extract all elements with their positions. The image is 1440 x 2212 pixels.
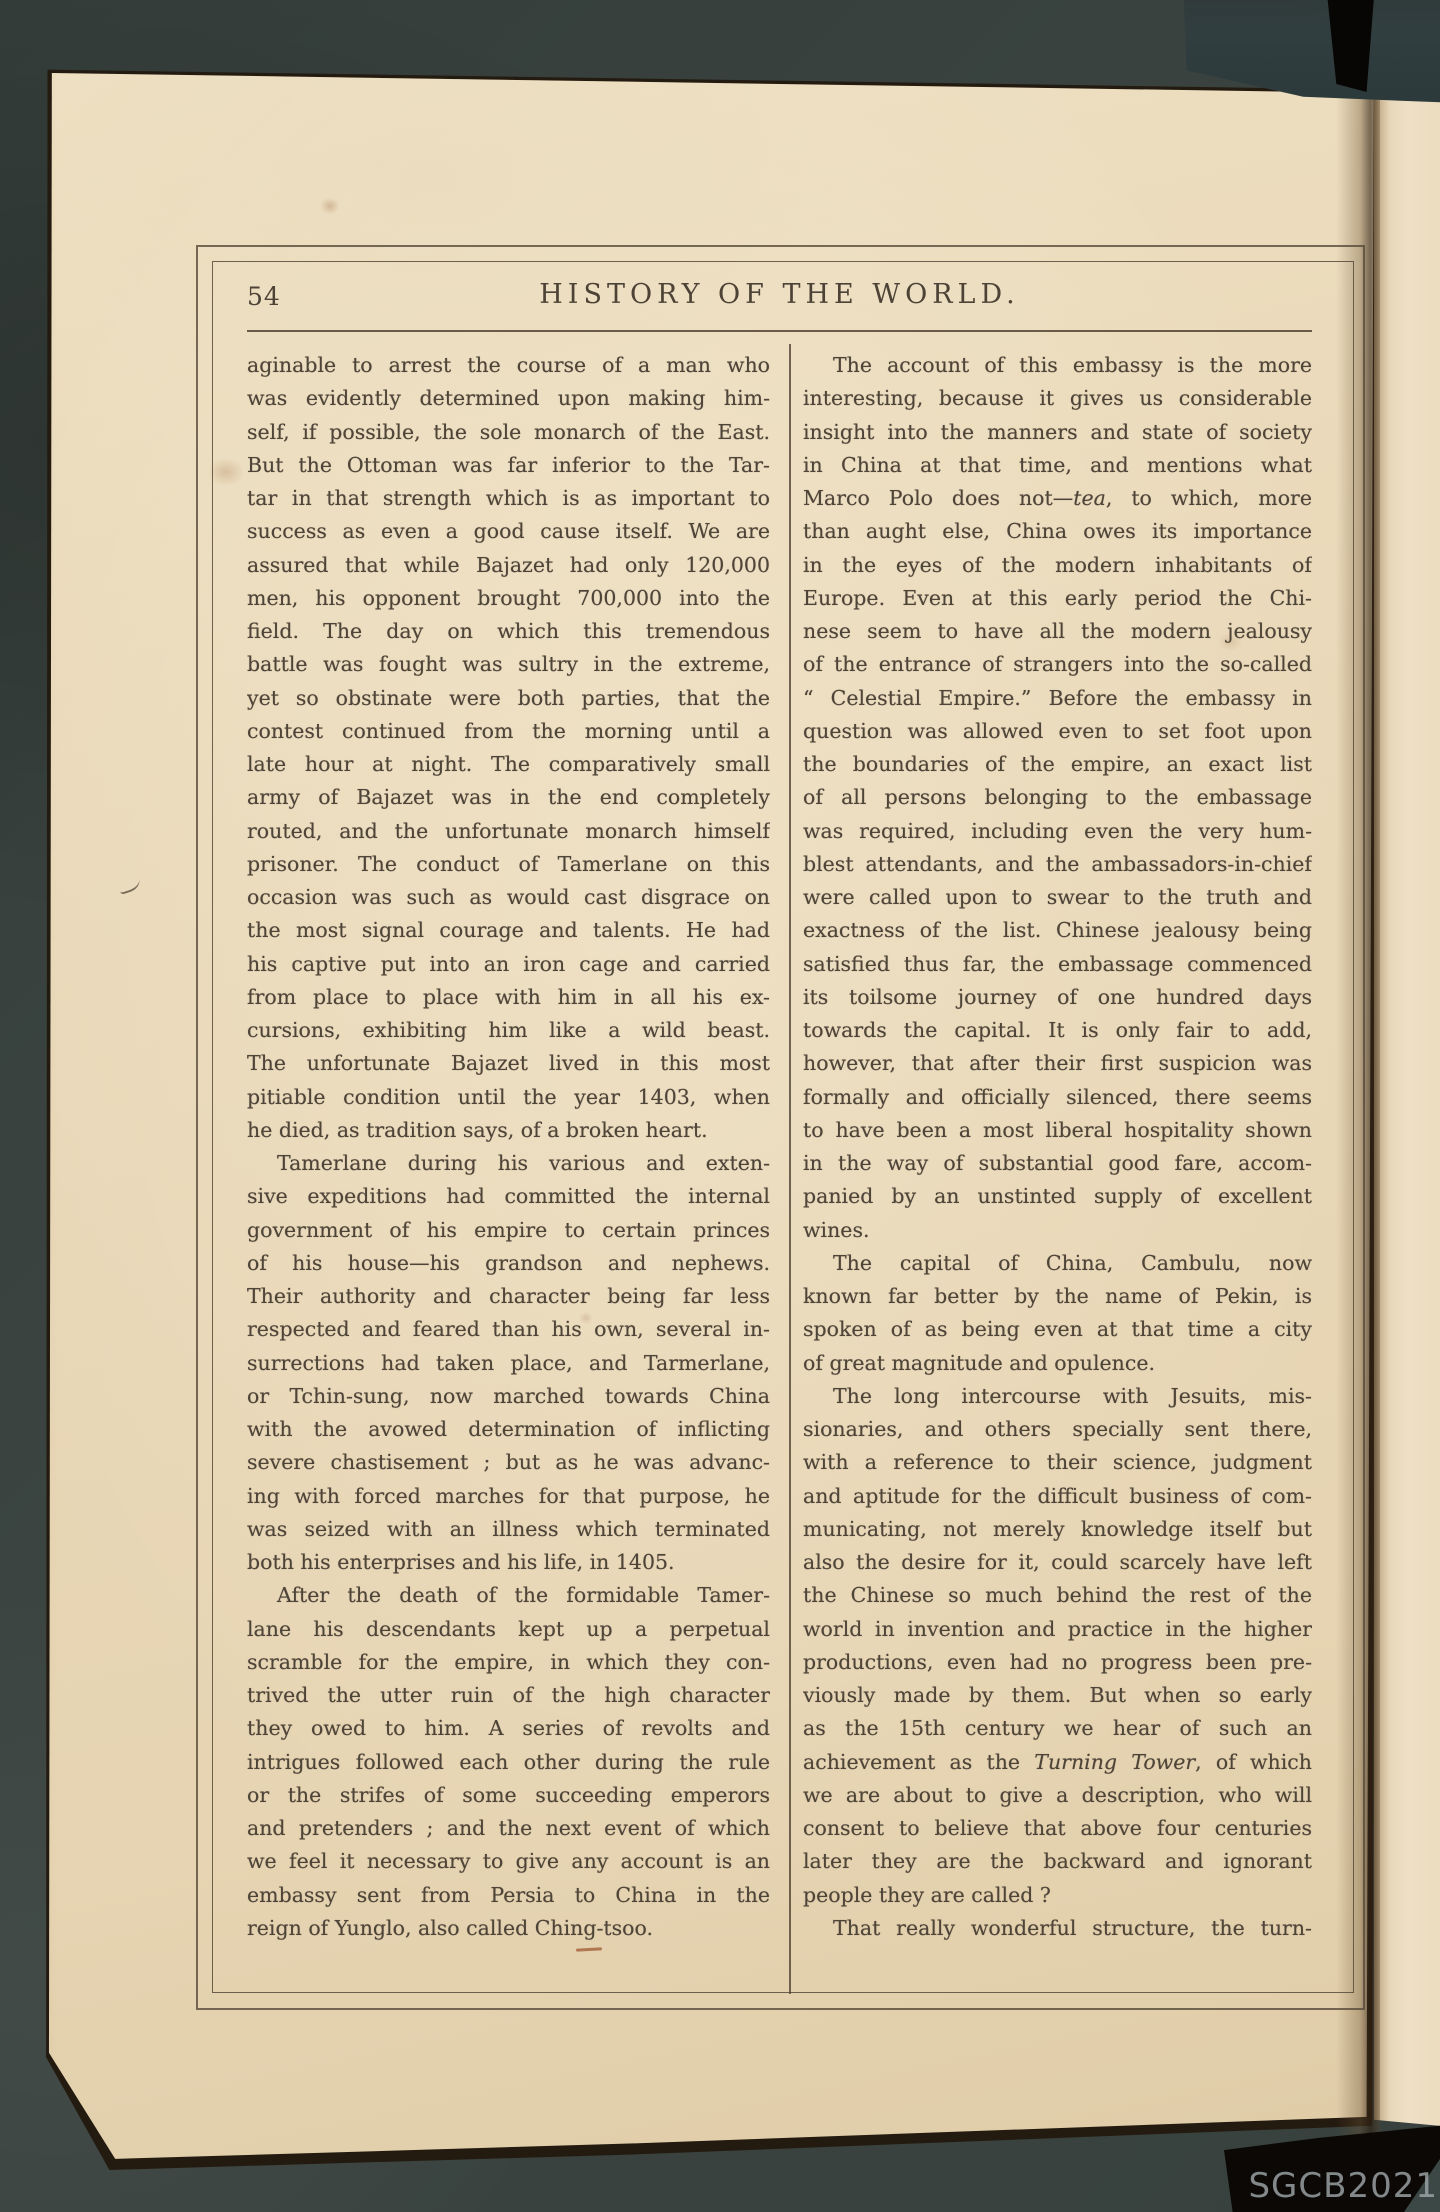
text-line: lane his descendants kept up a perpetual <box>247 1613 770 1646</box>
text-line: success as even a good cause itself. We … <box>247 515 770 548</box>
text-column-left: aginable to arrest the course of a man w… <box>247 349 770 1945</box>
header-rule <box>247 330 1312 332</box>
text-line: achievement as the Turning Tower, of whi… <box>803 1746 1312 1779</box>
text-line: Europe. Even at this early period the Ch… <box>803 582 1312 615</box>
text-line: The unfortunate Bajazet lived in this mo… <box>247 1047 770 1080</box>
text-line: That really wonderful structure, the tur… <box>803 1912 1312 1945</box>
text-line: The account of this embassy is the more <box>803 349 1312 382</box>
text-line: people they are called ? <box>803 1879 1312 1912</box>
text-line: intrigues followed each other during the… <box>247 1746 770 1779</box>
text-line: surrections had taken place, and Tarmerl… <box>247 1347 770 1380</box>
text-line: occasion was such as would cast disgrace… <box>247 881 770 914</box>
text-line: was required, including even the very hu… <box>803 815 1312 848</box>
text-line: scramble for the empire, in which they c… <box>247 1646 770 1679</box>
text-line: interesting, because it gives us conside… <box>803 382 1312 415</box>
text-line: however, that after their first suspicio… <box>803 1047 1312 1080</box>
text-line: we are about to give a description, who … <box>803 1779 1312 1812</box>
text-line: yet so obstinate were both parties, that… <box>247 682 770 715</box>
text-line: The capital of China, Cambulu, now <box>803 1247 1312 1280</box>
text-line: nese seem to have all the modern jealous… <box>803 615 1312 648</box>
text-line: consent to believe that above four centu… <box>803 1812 1312 1845</box>
text-line: or the strifes of some succeeding empero… <box>247 1779 770 1812</box>
text-line: blest attendants, and the ambassadors-in… <box>803 848 1312 881</box>
text-line: viously made by them. But when so early <box>803 1679 1312 1712</box>
text-line: panied by an unstinted supply of excelle… <box>803 1180 1312 1213</box>
text-line: also the desire for it, could scarcely h… <box>803 1546 1312 1579</box>
text-line: severe chastisement ; but as he was adva… <box>247 1446 770 1479</box>
text-line: insight into the manners and state of so… <box>803 416 1312 449</box>
text-line: of his house—his grandson and nephews. <box>247 1247 770 1280</box>
text-line: Tamerlane during his various and exten- <box>247 1147 770 1180</box>
column-divider-rule <box>789 344 791 1994</box>
running-head-title: HISTORY OF THE WORLD. <box>247 279 1312 310</box>
text-line: in the way of substantial good fare, acc… <box>803 1147 1312 1180</box>
text-line: both his enterprises and his life, in 14… <box>247 1546 770 1579</box>
text-line: he died, as tradition says, of a broken … <box>247 1114 770 1147</box>
text-line: municating, not merely knowledge itself … <box>803 1513 1312 1546</box>
text-line: reign of Yunglo, also called Ching-tsoo. <box>247 1912 770 1945</box>
text-line: cursions, exhibiting him like a wild bea… <box>247 1014 770 1047</box>
text-line: contest continued from the morning until… <box>247 715 770 748</box>
text-line: with the avowed determination of inflict… <box>247 1413 770 1446</box>
text-line: the boundaries of the empire, an exact l… <box>803 748 1312 781</box>
text-line: army of Bajazet was in the end completel… <box>247 781 770 814</box>
text-line: the Chinese so much behind the rest of t… <box>803 1579 1312 1612</box>
text-line: with a reference to their science, judgm… <box>803 1446 1312 1479</box>
text-line: they owed to him. A series of revolts an… <box>247 1712 770 1745</box>
text-line: than aught else, China owes its importan… <box>803 515 1312 548</box>
text-line: late hour at night. The comparatively sm… <box>247 748 770 781</box>
text-line: were called upon to swear to the truth a… <box>803 881 1312 914</box>
text-column-right: The account of this embassy is the morei… <box>803 349 1312 1945</box>
text-line: Their authority and character being far … <box>247 1280 770 1313</box>
text-line: pitiable condition until the year 1403, … <box>247 1081 770 1114</box>
text-line: government of his empire to certain prin… <box>247 1214 770 1247</box>
text-line: was evidently determined upon making him… <box>247 382 770 415</box>
text-line: later they are the backward and ignorant <box>803 1845 1312 1878</box>
text-line: productions, even had no progress been p… <box>803 1646 1312 1679</box>
text-line: wines. <box>803 1214 1312 1247</box>
watermark: SGCB2021 <box>1248 2166 1438 2206</box>
text-line: towards the capital. It is only fair to … <box>803 1014 1312 1047</box>
text-line: ing with forced marches for that purpose… <box>247 1480 770 1513</box>
text-line: But the Ottoman was far inferior to the … <box>247 449 770 482</box>
text-line: and pretenders ; and the next event of w… <box>247 1812 770 1845</box>
text-line: aginable to arrest the course of a man w… <box>247 349 770 382</box>
text-line: of all persons belonging to the embassag… <box>803 781 1312 814</box>
text-line: formally and officially silenced, there … <box>803 1081 1312 1114</box>
text-line: battle was fought was sultry in the extr… <box>247 648 770 681</box>
text-line: the most signal courage and talents. He … <box>247 914 770 947</box>
text-line: spoken of as being even at that time a c… <box>803 1313 1312 1346</box>
text-line: prisoner. The conduct of Tamerlane on th… <box>247 848 770 881</box>
text-line: in China at that time, and mentions what <box>803 449 1312 482</box>
text-line: question was allowed even to set foot up… <box>803 715 1312 748</box>
text-line: After the death of the formidable Tamer- <box>247 1579 770 1612</box>
text-line: in the eyes of the modern inhabitants of <box>803 549 1312 582</box>
text-line: his captive put into an iron cage and ca… <box>247 948 770 981</box>
text-line: we feel it necessary to give any account… <box>247 1845 770 1878</box>
text-line: of great magnitude and opulence. <box>803 1347 1312 1380</box>
text-line: satisfied thus far, the embassage commen… <box>803 948 1312 981</box>
facing-page-edge <box>1374 86 1440 2132</box>
text-line: to have been a most liberal hospitality … <box>803 1114 1312 1147</box>
text-line: tar in that strength which is as importa… <box>247 482 770 515</box>
text-line: embassy sent from Persia to China in the <box>247 1879 770 1912</box>
text-line: Marco Polo does not—tea, to which, more <box>803 482 1312 515</box>
text-line: “ Celestial Empire.” Before the embassy … <box>803 682 1312 715</box>
text-line: or Tchin-sung, now marched towards China <box>247 1380 770 1413</box>
text-line: its toilsome journey of one hundred days <box>803 981 1312 1014</box>
text-line: was seized with an illness which termina… <box>247 1513 770 1546</box>
text-line: assured that while Bajazet had only 120,… <box>247 549 770 582</box>
text-line: of the entrance of strangers into the so… <box>803 648 1312 681</box>
text-line: field. The day on which this tremendous <box>247 615 770 648</box>
text-line: as the 15th century we hear of such an <box>803 1712 1312 1745</box>
text-line: trived the utter ruin of the high charac… <box>247 1679 770 1712</box>
text-line: self, if possible, the sole monarch of t… <box>247 416 770 449</box>
text-line: men, his opponent brought 700,000 into t… <box>247 582 770 615</box>
text-line: routed, and the unfortunate monarch hims… <box>247 815 770 848</box>
text-line: and aptitude for the difficult business … <box>803 1480 1312 1513</box>
text-line: exactness of the list. Chinese jealousy … <box>803 914 1312 947</box>
text-line: from place to place with him in all his … <box>247 981 770 1014</box>
text-line: world in invention and practice in the h… <box>803 1613 1312 1646</box>
text-line: The long intercourse with Jesuits, mis- <box>803 1380 1312 1413</box>
text-line: respected and feared than his own, sever… <box>247 1313 770 1346</box>
text-line: sionaries, and others specially sent the… <box>803 1413 1312 1446</box>
text-line: sive expeditions had committed the inter… <box>247 1180 770 1213</box>
text-line: known far better by the name of Pekin, i… <box>803 1280 1312 1313</box>
